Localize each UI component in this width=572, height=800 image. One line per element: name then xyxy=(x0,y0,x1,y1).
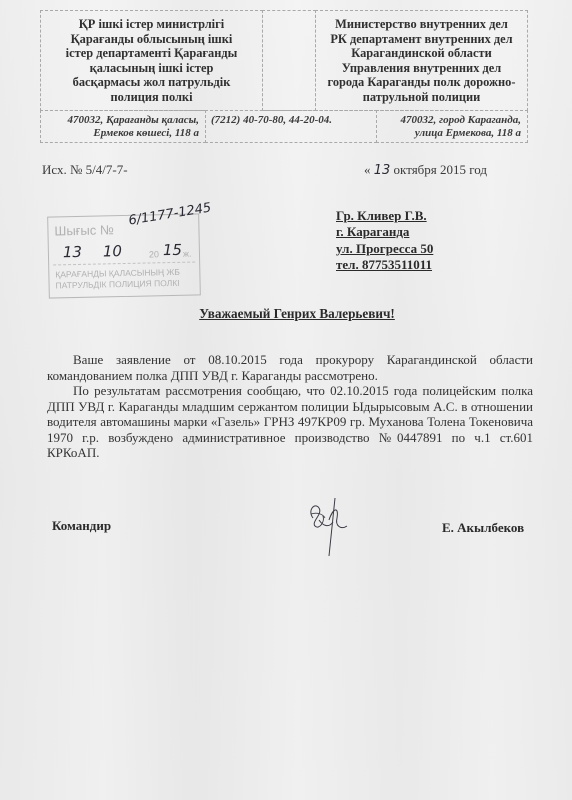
phone-numbers: (7212) 40-70-80, 44-20-04. xyxy=(211,114,370,127)
letterhead-phone: (7212) 40-70-80, 44-20-04. xyxy=(205,110,377,143)
stamp-year-suffix: ж. xyxy=(183,249,192,259)
org-kz-line: полиция полкі xyxy=(41,90,262,105)
signatory-title: Командир xyxy=(52,518,111,534)
date-day-handwritten: 13 xyxy=(374,163,391,178)
org-ru-line: Министерство внутренних дел xyxy=(316,17,527,32)
letterhead-org-kz: ҚР ішкі істер министрлігі Қарағанды облы… xyxy=(40,10,263,111)
paragraph-text: По результатам рассмотрения сообщаю, что… xyxy=(47,383,533,461)
letterhead-address-ru: 470032, город Караганда, улица Ермекова,… xyxy=(376,110,528,143)
date-month-year: октября 2015 год xyxy=(390,162,487,177)
letterhead-org-ru: Министерство внутренних дел РК департаме… xyxy=(315,10,528,111)
address-ru-line: улица Ермекова, 118 а xyxy=(377,127,521,140)
recipient-name: Гр. Кливер Г.В. xyxy=(336,208,433,224)
recipient-city: г. Караганда xyxy=(336,224,433,240)
stamp-label: Шығыс № xyxy=(54,222,114,238)
org-kz-line: басқармасы жол патрульдік xyxy=(41,75,262,90)
date-quote: « xyxy=(364,162,374,177)
letterhead: ҚР ішкі істер министрлігі Қарағанды облы… xyxy=(40,10,528,143)
body-paragraph-2: По результатам рассмотрения сообщаю, что… xyxy=(47,383,533,461)
stamp-org-line: ПАТРУЛЬДІК ПОЛИЦИЯ ПОЛКІ xyxy=(55,278,180,292)
org-kz-line: ҚР ішкі істер министрлігі xyxy=(41,17,262,32)
stamp-day-handwritten: 13 xyxy=(63,243,82,261)
paragraph-text: Ваше заявление от 08.10.2015 года прокур… xyxy=(47,352,533,383)
handwritten-signature-icon xyxy=(305,496,349,563)
stamp-year-handwritten: 15 xyxy=(163,241,182,259)
letter-date: « 13 октября 2015 год xyxy=(364,162,487,178)
outgoing-number: Исх. № 5/4/7-7- xyxy=(42,162,128,178)
org-kz-line: қаласының ішкі істер xyxy=(41,61,262,76)
stamp-org: ҚАРАҒАНДЫ ҚАЛАСЫНЫҢ ЖБ ПАТРУЛЬДІК ПОЛИЦИ… xyxy=(55,267,180,292)
signatory-name: Е. Акылбеков xyxy=(442,520,524,536)
recipient-phone: тел. 87753511011 xyxy=(336,257,433,273)
org-kz-line: істер департаменті Қарағанды xyxy=(41,46,262,61)
stamp-month-handwritten: 10 xyxy=(103,242,122,260)
body-paragraph-1: Ваше заявление от 08.10.2015 года прокур… xyxy=(47,352,533,383)
letterhead-address-kz: 470032, Қарағанды қаласы, Ермеков көшесі… xyxy=(40,110,206,143)
address-kz-line: Ермеков көшесі, 118 а xyxy=(41,127,199,140)
stamp-number-handwritten: 6/1177-1245 xyxy=(127,200,212,228)
org-ru-line: Карагандинской области xyxy=(316,46,527,61)
org-ru-line: патрульной полиции xyxy=(316,90,527,105)
org-kz-line: Қарағанды облысының ішкі xyxy=(41,32,262,47)
recipient-block: Гр. Кливер Г.В. г. Караганда ул. Прогрес… xyxy=(336,208,433,273)
letterhead-emblem-cell xyxy=(262,10,316,111)
letter-page: ҚР ішкі істер министрлігі Қарағанды облы… xyxy=(0,0,572,800)
recipient-street: ул. Прогресса 50 xyxy=(336,241,433,257)
stamp-divider xyxy=(53,262,195,266)
org-ru-line: РК департамент внутренних дел xyxy=(316,32,527,47)
address-ru-line: 470032, город Караганда, xyxy=(377,114,521,127)
org-ru-line: Управления внутренних дел xyxy=(316,61,527,76)
address-kz-line: 470032, Қарағанды қаласы, xyxy=(41,114,199,127)
outgoing-stamp: Шығыс № 6/1177-1245 13 10 20 15 ж. ҚАРАҒ… xyxy=(47,213,201,298)
salutation: Уважаемый Генрих Валерьевич! xyxy=(0,306,572,322)
stamp-year-prefix: 20 xyxy=(149,249,159,259)
org-ru-line: города Караганды полк дорожно- xyxy=(316,75,527,90)
